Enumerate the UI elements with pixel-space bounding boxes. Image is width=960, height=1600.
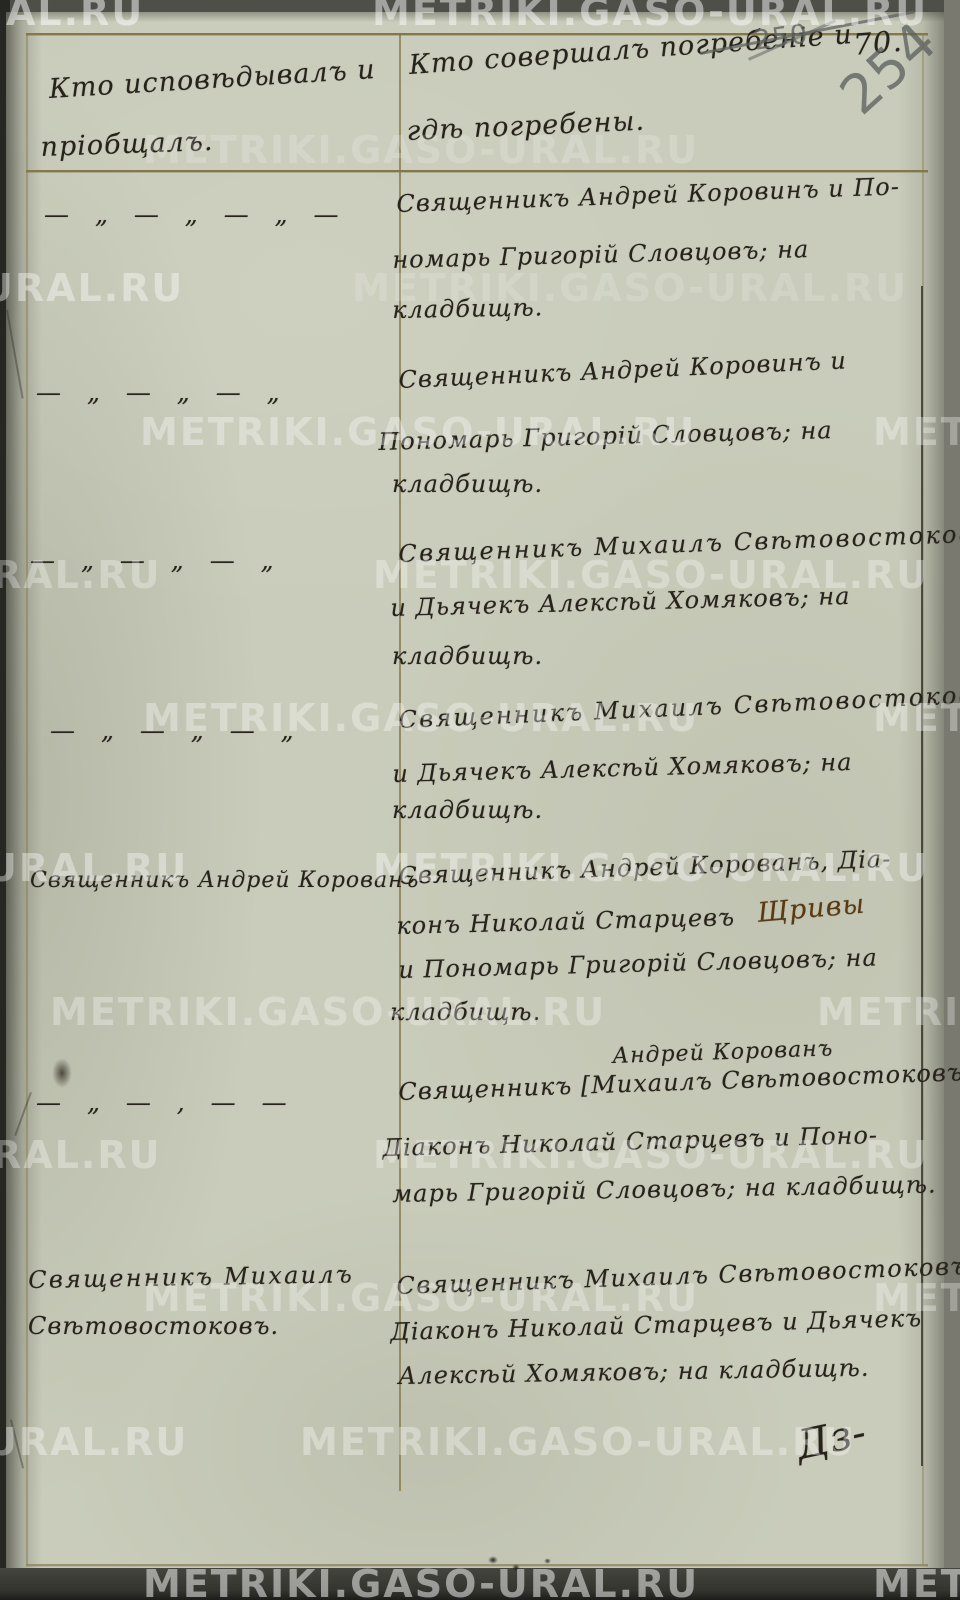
entry4-line: кладбищѣ. bbox=[392, 796, 543, 824]
entry5-left-text: Священникъ Андрей Корованъ bbox=[30, 868, 419, 893]
ink-speck bbox=[488, 1556, 498, 1564]
header-left-line2: пріобщалъ. bbox=[40, 126, 214, 163]
header-bottom-rule bbox=[26, 170, 928, 172]
scan-background-bottom bbox=[0, 1568, 960, 1600]
table-bottom-rule bbox=[26, 1564, 928, 1566]
entry3-left-ditto: — „ — „ — „ bbox=[30, 546, 275, 575]
entry7-left-line2: Свѣтовостоковъ. bbox=[28, 1312, 279, 1340]
ink-speck bbox=[512, 1564, 520, 1571]
entry2-left-ditto: — „ — „ — „ bbox=[36, 378, 281, 407]
entry3-line: кладбищѣ. bbox=[392, 642, 543, 670]
scanned-parish-register-page: Кто исповѣдывалъ и пріобщалъ. Кто соверш… bbox=[0, 0, 960, 1600]
entry2-line: кладбищѣ. bbox=[392, 470, 543, 498]
entry1-line: кладбищѣ. bbox=[392, 293, 544, 324]
table-right-ink-rule bbox=[921, 286, 923, 1466]
ink-smudge bbox=[52, 1058, 72, 1088]
entry5-line: кладбищѣ. bbox=[390, 998, 541, 1026]
entry7-left-line1: Священникъ Михаилъ bbox=[28, 1260, 354, 1294]
entry6-left-ditto: — „ — , — — bbox=[36, 1088, 288, 1117]
entry1-left-ditto: — „ — „ — „ — bbox=[44, 200, 340, 229]
scan-background-right bbox=[944, 0, 960, 1600]
entry4-left-ditto: — „ — „ — „ bbox=[50, 716, 295, 745]
ink-speck bbox=[544, 1558, 551, 1564]
